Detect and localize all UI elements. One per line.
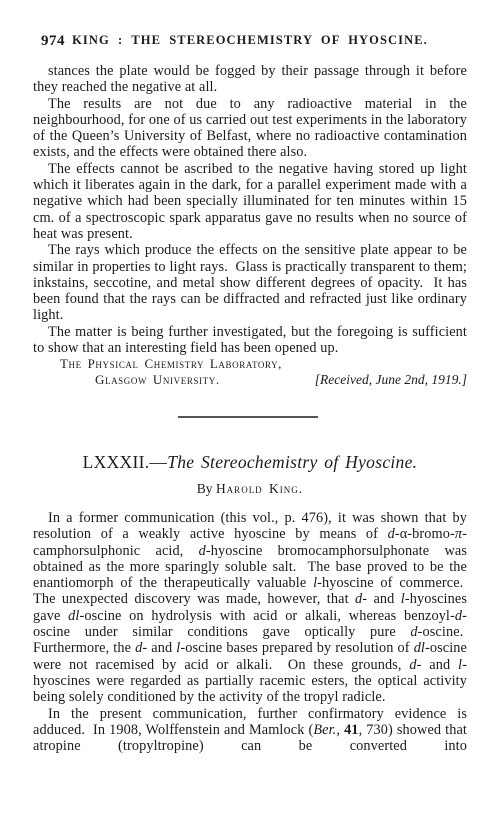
paragraph: The rays which produce the effects on th… — [33, 242, 467, 323]
article-text: In a former communication (this vol., p.… — [33, 510, 467, 754]
article-number: LXXXII.— — [83, 452, 168, 472]
article-title: LXXXII.—The Stereochemistry of Hyoscine. — [33, 452, 467, 473]
page-number: 974 — [41, 33, 65, 50]
page-header: 974 KING : THE STEREOCHEMISTRY OF HYOSCI… — [33, 33, 467, 51]
article-byline: By Harold King. — [33, 481, 467, 497]
section-divider — [178, 416, 318, 418]
affiliation-university: Glasgow University. — [95, 372, 220, 388]
paragraph: stances the plate would be fogged by the… — [33, 63, 467, 96]
paragraph: The results are not due to any radioacti… — [33, 96, 467, 161]
affiliation-block: The Physical Chemistry Laboratory, Glasg… — [33, 356, 467, 387]
running-title: KING : THE STEREOCHEMISTRY OF HYOSCINE. — [33, 33, 467, 48]
previous-article-text: stances the plate would be fogged by the… — [33, 63, 467, 356]
byline-author-name: Harold King. — [216, 481, 303, 496]
byline-prefix: By — [197, 481, 216, 496]
journal-page: 974 KING : THE STEREOCHEMISTRY OF HYOSCI… — [0, 0, 500, 825]
paragraph: The effects cannot be ascribed to the ne… — [33, 161, 467, 242]
received-date: [Received, June 2nd, 1919.] — [315, 372, 467, 388]
paragraph: The matter is being further investigated… — [33, 324, 467, 357]
paragraph: In a former communication (this vol., p.… — [33, 510, 467, 706]
article-title-text: The Stereochemistry of Hyoscine. — [167, 452, 417, 472]
paragraph: In the present communication, further co… — [33, 706, 467, 755]
affiliation-laboratory: The Physical Chemistry Laboratory, — [60, 356, 467, 372]
